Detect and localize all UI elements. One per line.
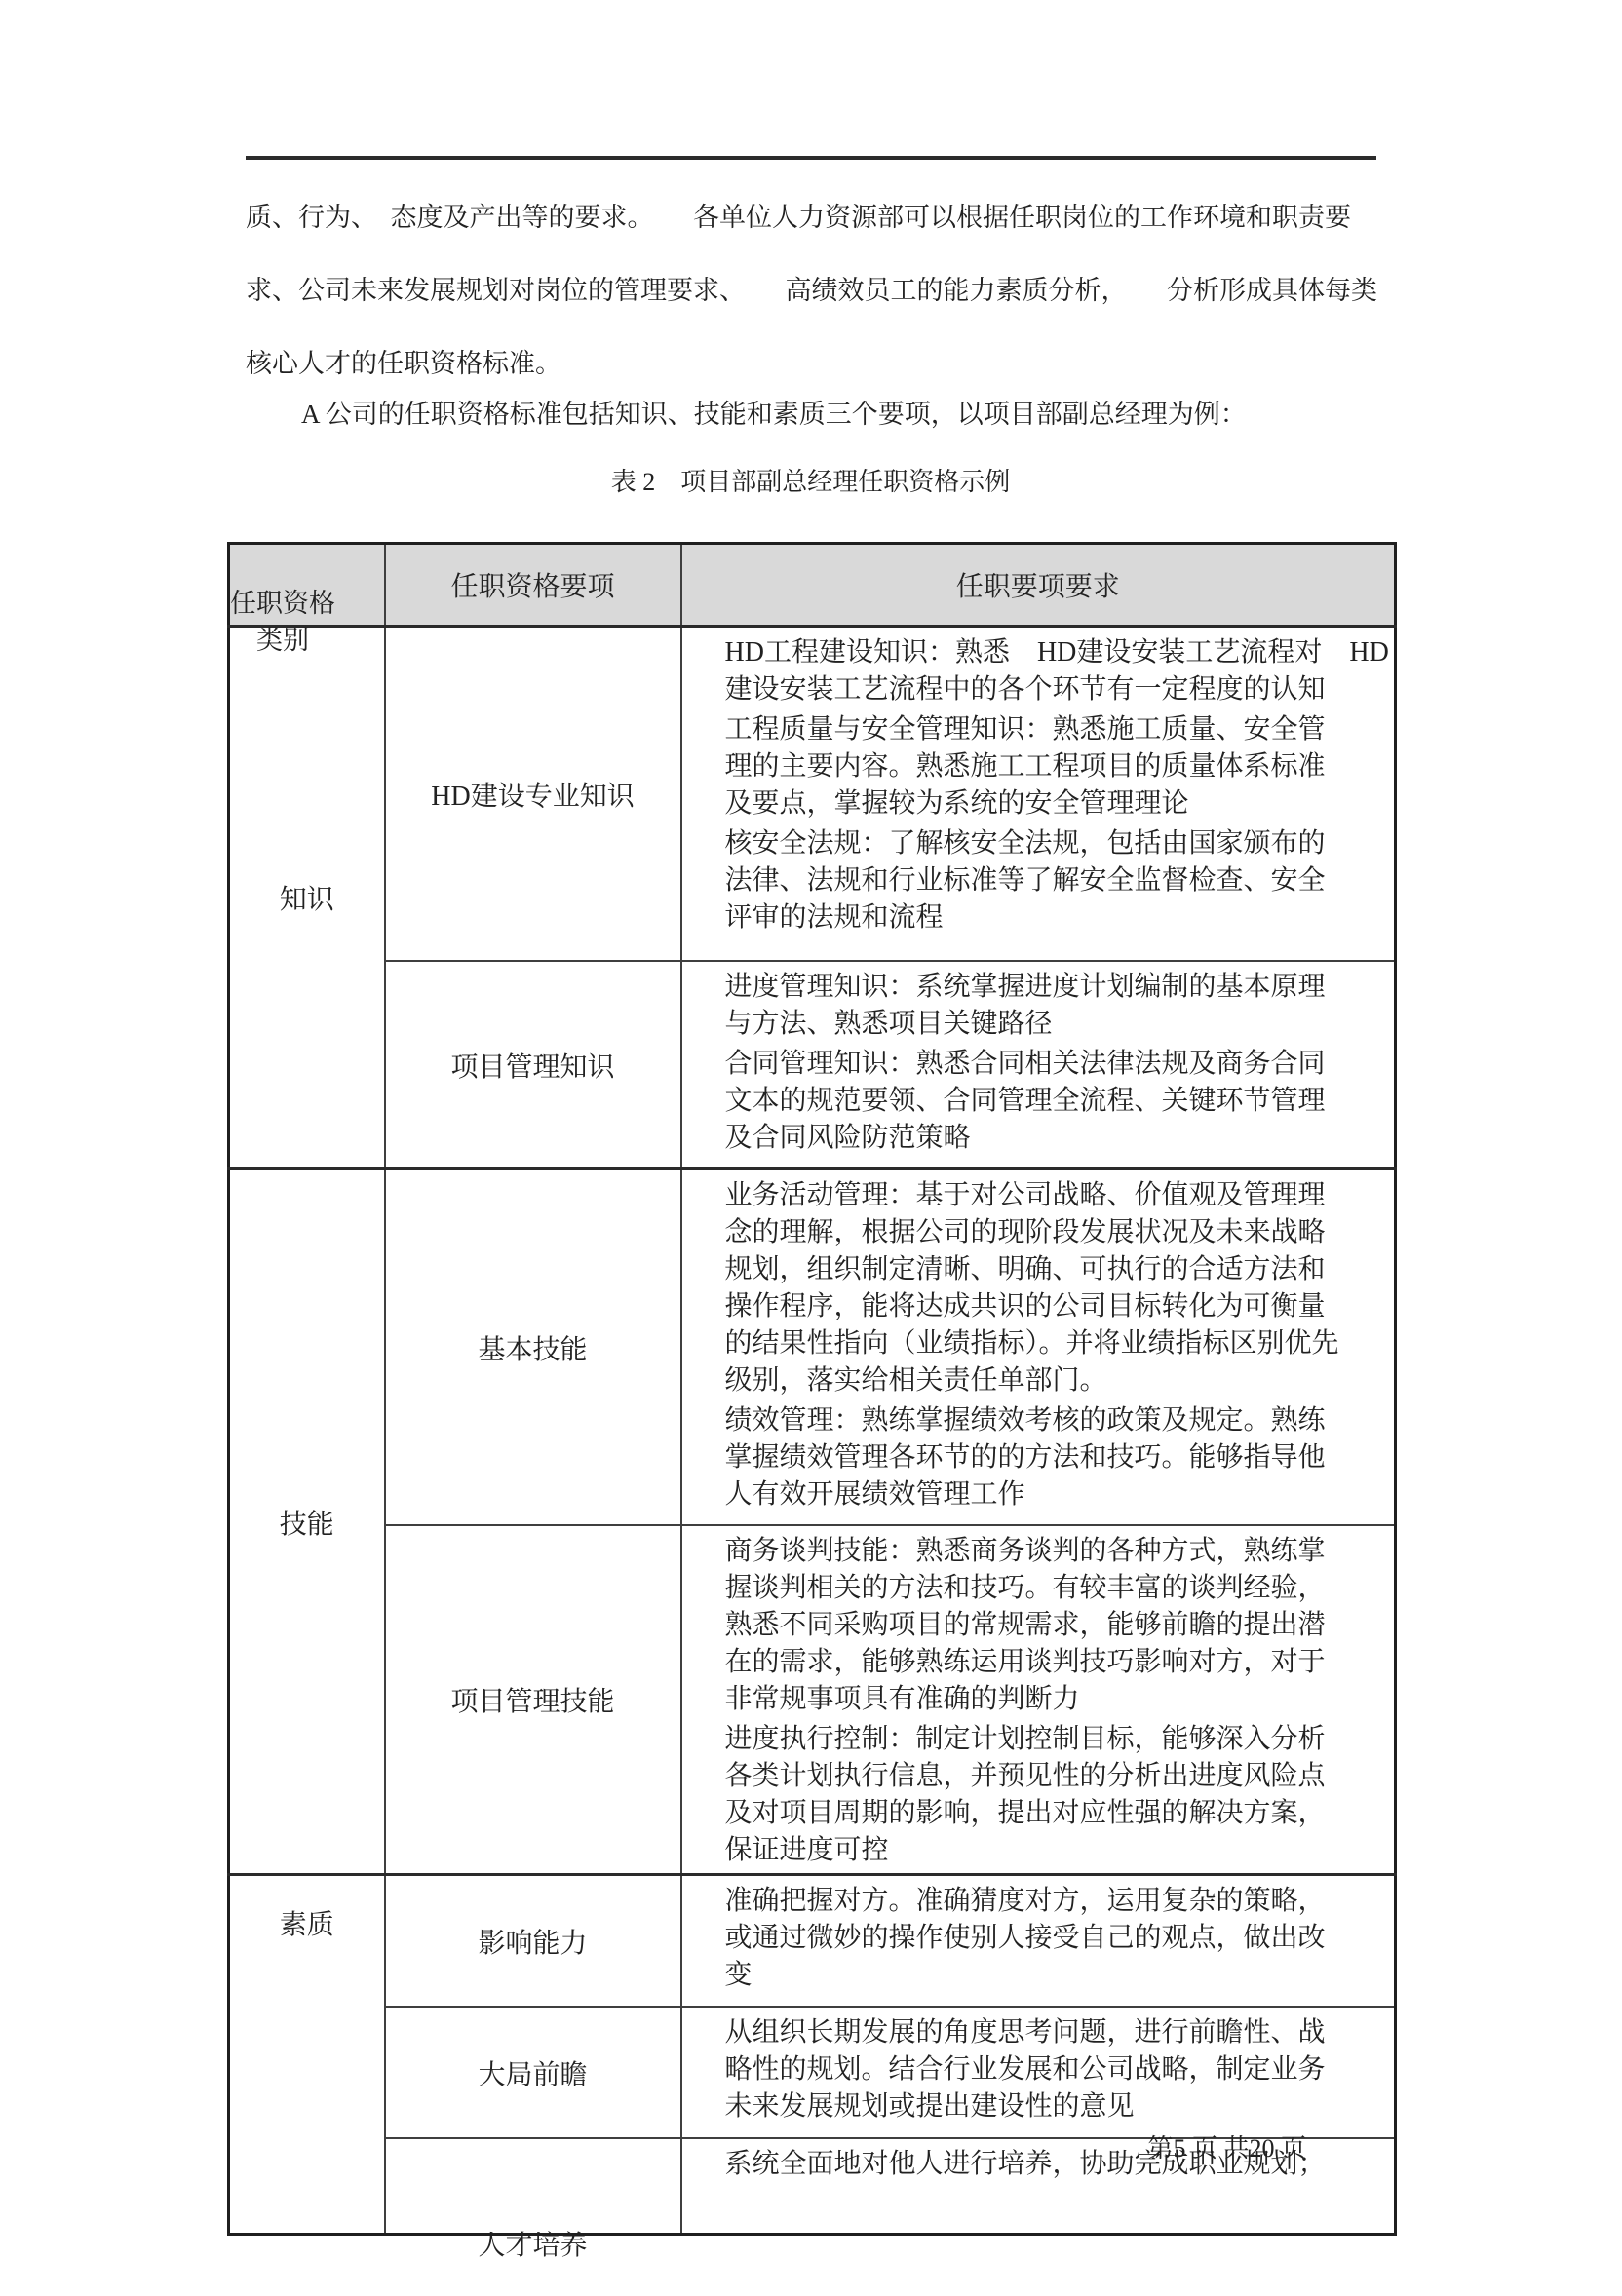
header-cell-item: 任职资格要项 bbox=[385, 544, 681, 627]
requirement-cell-basic-skills: 业务活动管理：基于对公司战略、价值观及管理理念的理解，根据公司的现阶段发展状况及… bbox=[681, 1169, 1396, 1526]
requirement-cell-influence: 准确把握对方。准确猜度对方，运用复杂的策略，或通过微妙的操作使别人接受自己的观点… bbox=[681, 1875, 1396, 2008]
header-cell-category: 任职资格类别 bbox=[229, 544, 385, 627]
table-row: 知识 HD建设专业知识 HD工程建设知识：熟悉 HD建设安装工艺流程对 HD建设… bbox=[229, 627, 1396, 962]
table-row: 素质 影响能力 准确把握对方。准确猜度对方，运用复杂的策略，或通过微妙的操作使别… bbox=[229, 1875, 1396, 2008]
table-row: 大局前瞻 从组织长期发展的角度思考问题，进行前瞻性、战略性的规划。结合行业发展和… bbox=[229, 2007, 1396, 2138]
item-cell-project-management-skills: 项目管理技能 bbox=[385, 1525, 681, 1875]
item-cell-influence: 影响能力 bbox=[385, 1875, 681, 2008]
page-number: 第5 页 共20 页 bbox=[994, 2128, 1306, 2164]
table-header-row: 任职资格类别 任职资格要项 任职要项要求 bbox=[229, 544, 1396, 627]
qualification-table: 任职资格类别 任职资格要项 任职要项要求 知识 HD建设专业知识 HD工程建设知… bbox=[227, 542, 1397, 2236]
requirement-cell-strategic-foresight: 从组织长期发展的角度思考问题，进行前瞻性、战略性的规划。结合行业发展和公司战略，… bbox=[681, 2007, 1396, 2138]
category-cell-knowledge: 知识 bbox=[229, 627, 385, 1169]
table-row: 项目管理知识 进度管理知识：系统掌握进度计划编制的基本原理与方法、熟悉项目关键路… bbox=[229, 961, 1396, 1169]
item-cell-basic-skills: 基本技能 bbox=[385, 1169, 681, 1526]
requirement-cell-hd-construction-knowledge: HD工程建设知识：熟悉 HD建设安装工艺流程对 HD建设安装工艺流程中的各个环节… bbox=[681, 627, 1396, 962]
item-cell-project-management-knowledge: 项目管理知识 bbox=[385, 961, 681, 1169]
header-rule bbox=[246, 156, 1376, 160]
talent-development-label: 人才培养 bbox=[386, 2227, 680, 2266]
category-cell-skills: 技能 bbox=[229, 1169, 385, 1875]
requirement-cell-project-management-knowledge: 进度管理知识：系统掌握进度计划编制的基本原理与方法、熟悉项目关键路径合同管理知识… bbox=[681, 961, 1396, 1169]
table-caption: 表 2 项目部副总经理任职资格示例 bbox=[227, 462, 1394, 498]
item-cell-strategic-foresight: 大局前瞻 bbox=[385, 2007, 681, 2138]
table-row: 技能 基本技能 业务活动管理：基于对公司战略、价值观及管理理念的理解，根据公司的… bbox=[229, 1169, 1396, 1526]
header-cell-requirement: 任职要项要求 bbox=[681, 544, 1396, 627]
item-cell-hd-construction-knowledge: HD建设专业知识 bbox=[385, 627, 681, 962]
table-row: 项目管理技能 商务谈判技能：熟悉商务谈判的各种方式，熟练掌握谈判相关的方法和技巧… bbox=[229, 1525, 1396, 1875]
category-cell-qualities: 素质 bbox=[229, 1875, 385, 2235]
item-cell-talent-development: 人才培养 bbox=[385, 2138, 681, 2235]
requirement-cell-project-management-skills: 商务谈判技能：熟悉商务谈判的各种方式，熟练掌握谈判相关的方法和技巧。有较丰富的谈… bbox=[681, 1525, 1396, 1875]
